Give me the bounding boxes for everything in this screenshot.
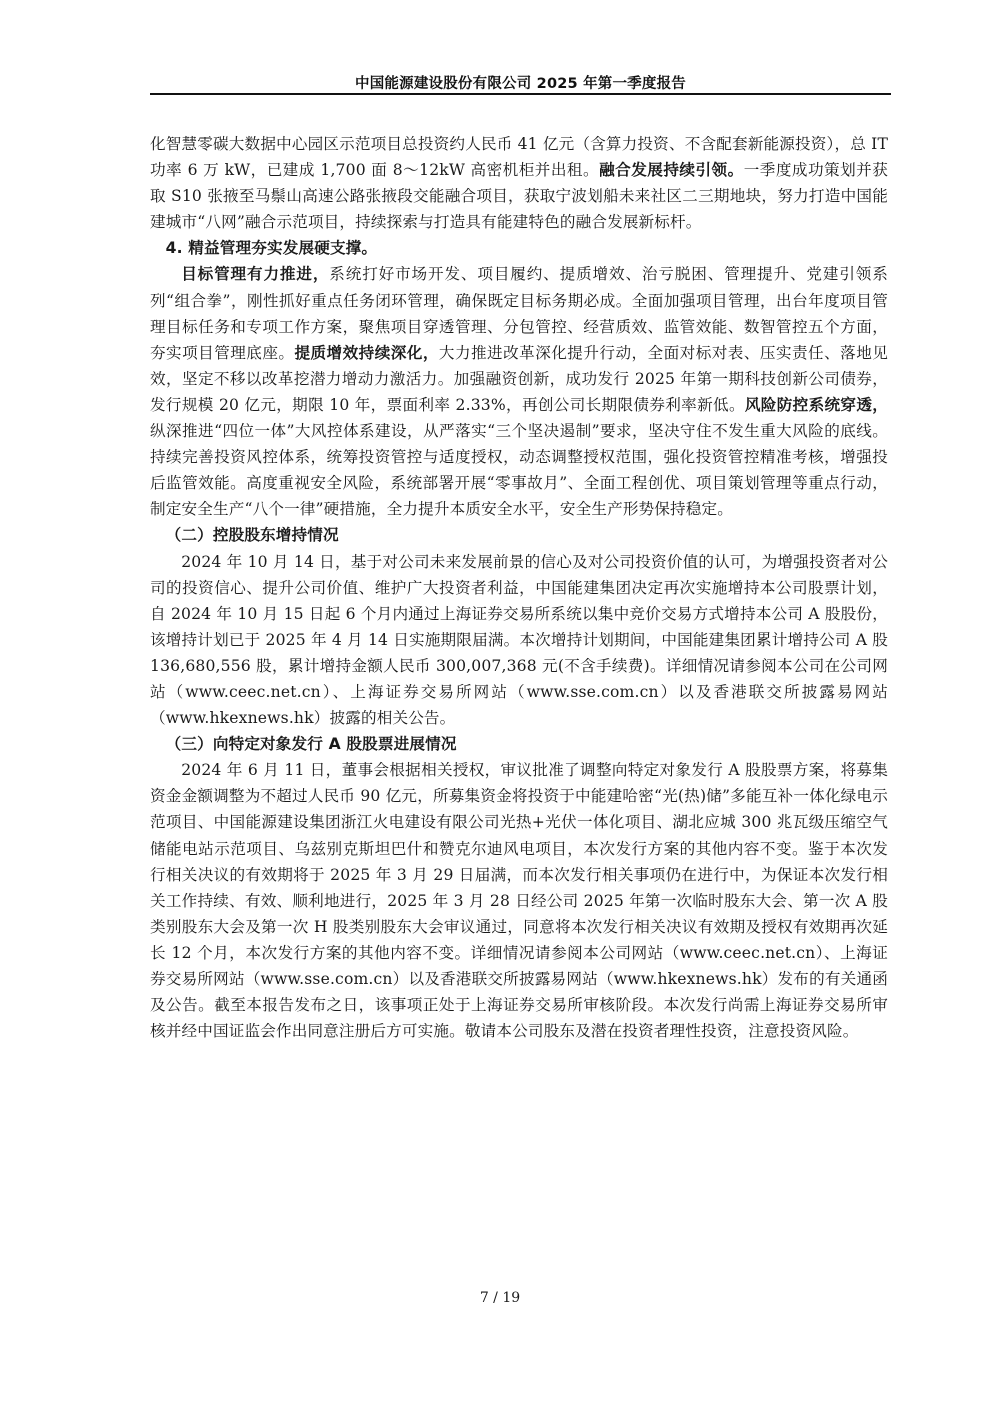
section-4-heading: 4. 精益管理夯实发展硬支撑。 [150,235,888,261]
section-3-heading: （三）向特定对象发行 A 股股票进展情况 [150,731,888,757]
page-header-title: 中国能源建设股份有限公司 2025 年第一季度报告 [150,72,891,93]
continuation-paragraph: 化智慧零碳大数据中心园区示范项目总投资约人民币 41 亿元（含算力投资、不含配套… [150,131,888,235]
section-2-heading: （二）控股股东增持情况 [150,522,888,548]
header-divider [150,93,891,95]
page-number: 7 / 19 [0,1290,1000,1306]
section-4-bold-3: 风险防控系统穿透， [745,396,888,414]
continuation-bold-lead: 融合发展持续引领。 [599,161,744,179]
section-3-paragraph: 2024 年 6 月 11 日，董事会根据相关授权，审议批准了调整向特定对象发行… [150,757,888,1044]
section-2-paragraph: 2024 年 10 月 14 日，基于对公司未来发展前景的信心及对公司投资价值的… [150,549,888,732]
section-4-text-3: 纵深推进“四位一体”大风控体系建设，从严落实“三个坚决遏制”要求，坚决守住不发生… [150,422,888,518]
section-4-bold-1: 目标管理有力推进， [181,265,329,283]
section-4-bold-2: 提质增效持续深化， [294,344,438,362]
section-4-paragraph: 目标管理有力推进，系统打好市场开发、项目履约、提质增效、治亏脱困、管理提升、党建… [150,261,888,522]
document-body: 化智慧零碳大数据中心园区示范项目总投资约人民币 41 亿元（含算力投资、不含配套… [150,131,888,1044]
